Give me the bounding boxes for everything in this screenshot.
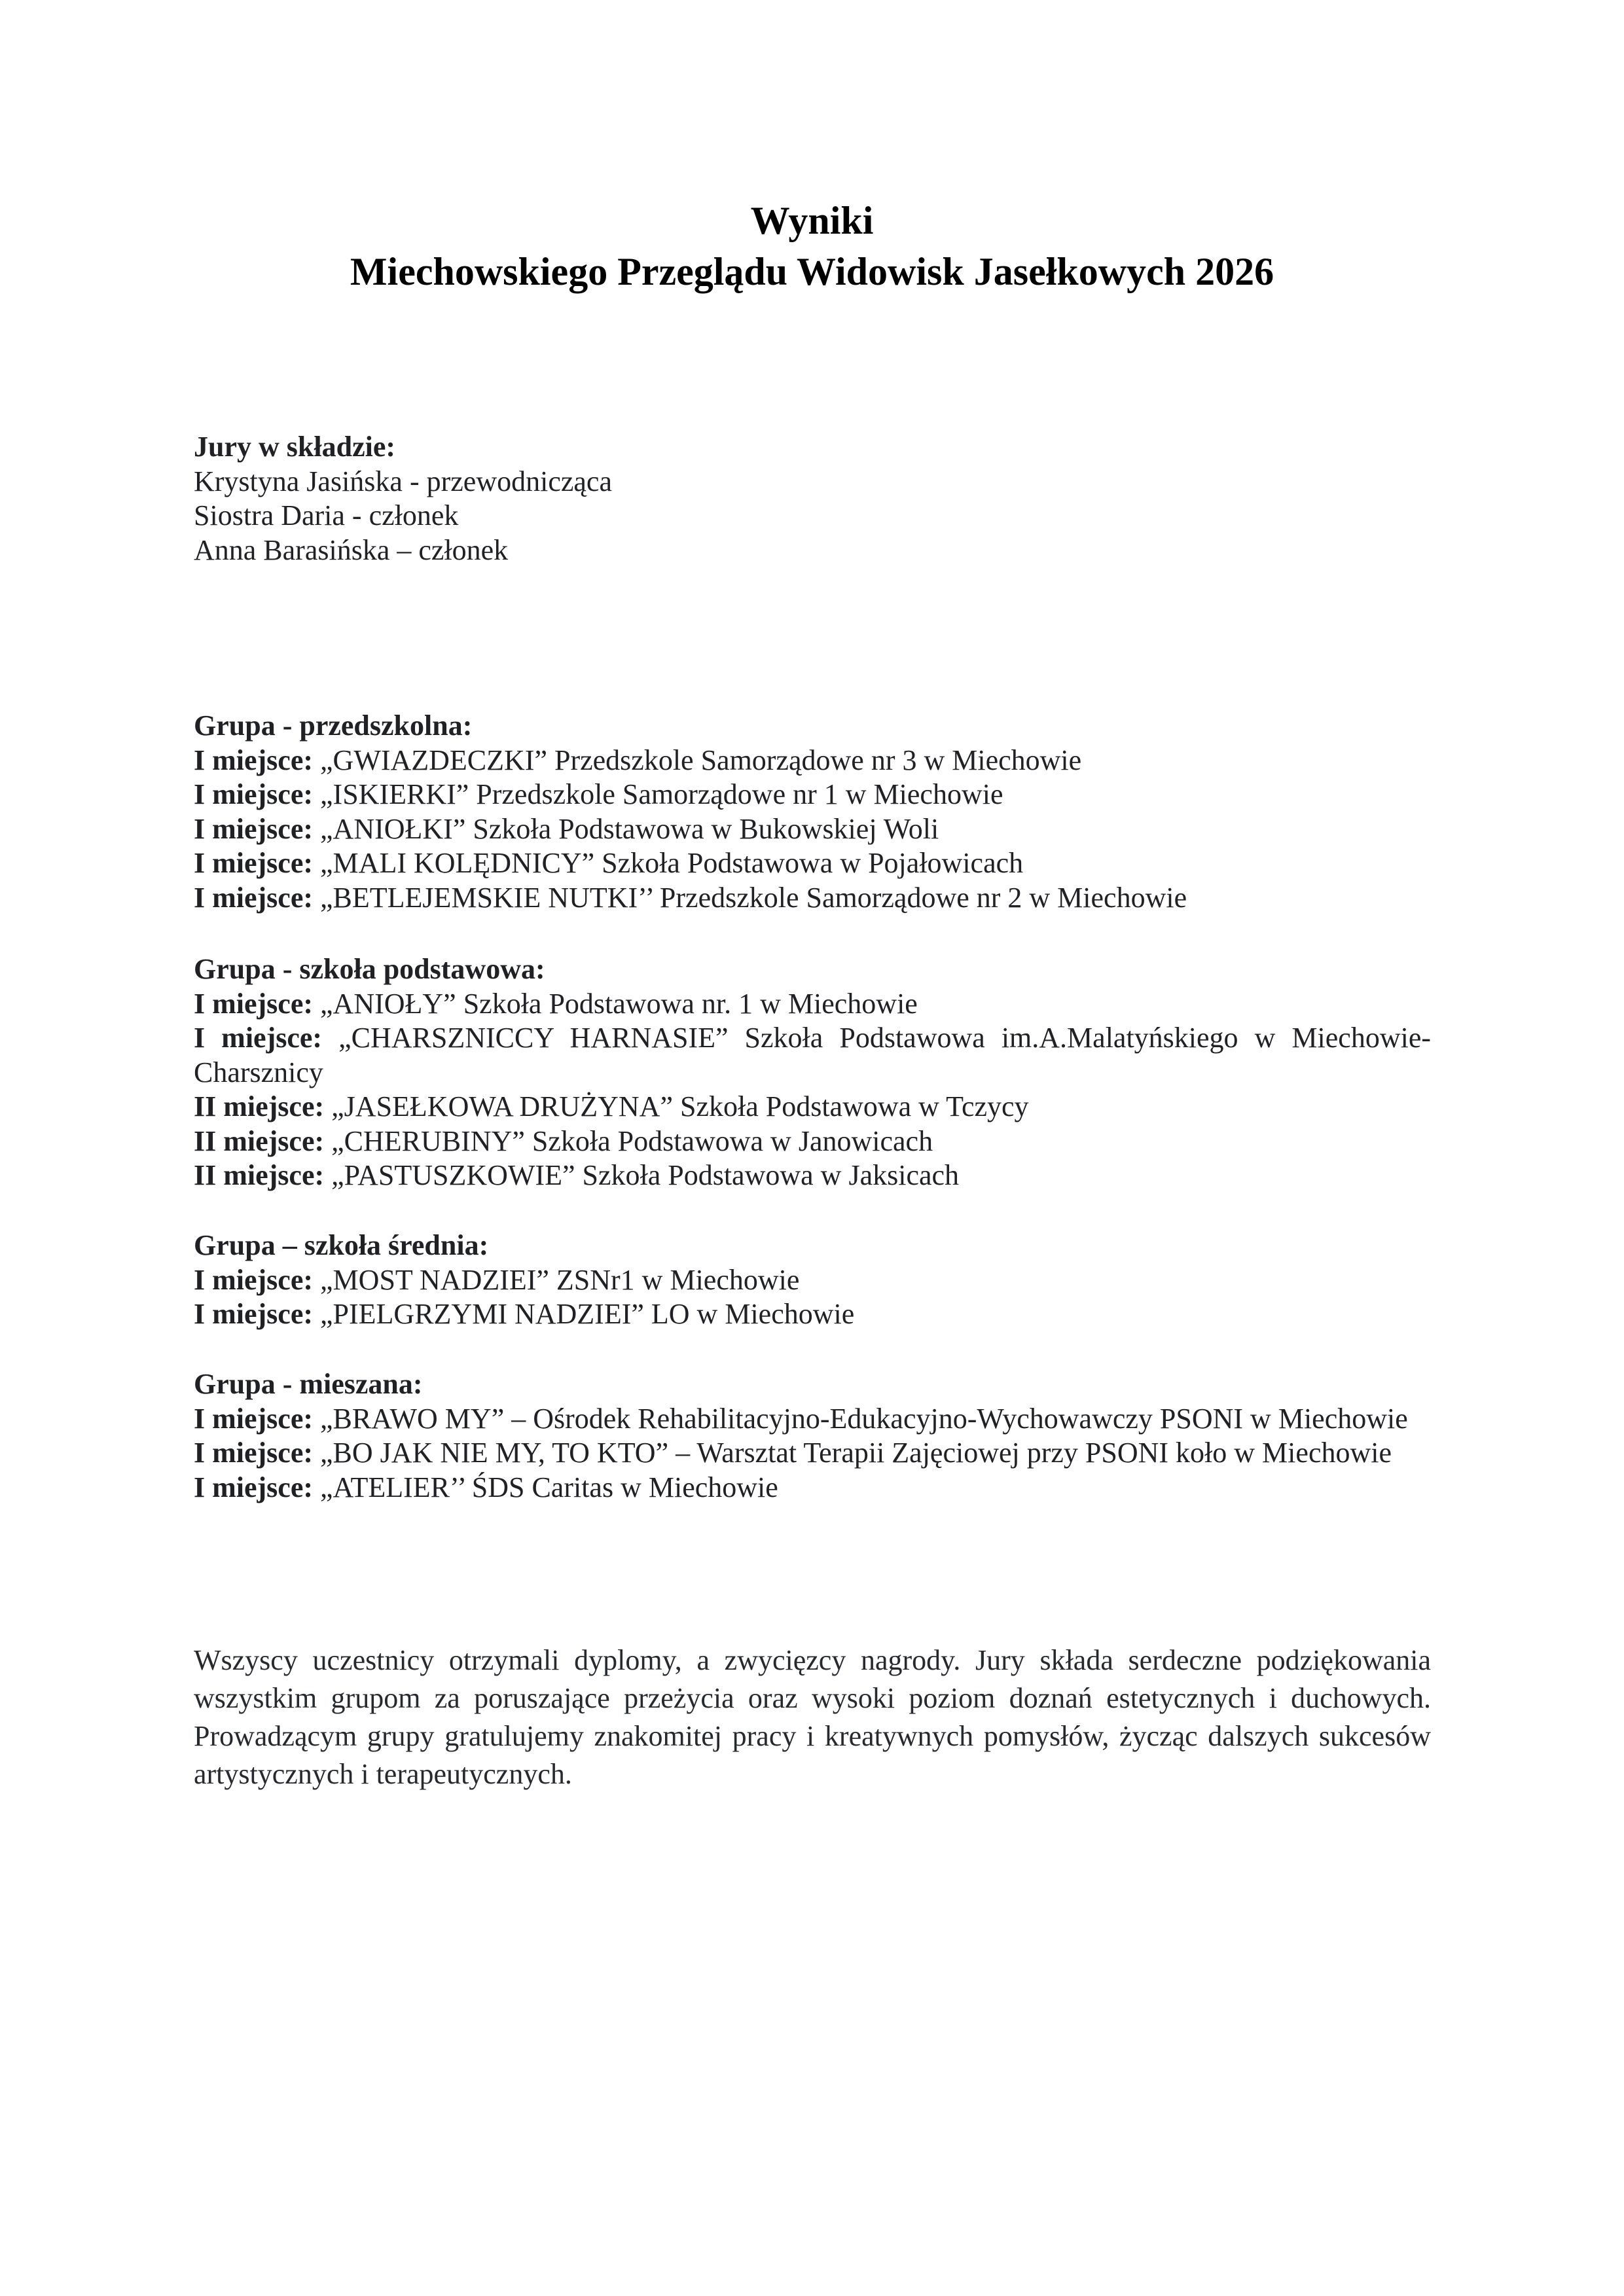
place-label: II miejsce: — [194, 1090, 324, 1122]
place-label: I miejsce: — [194, 1298, 313, 1330]
result-entry: I miejsce: „ANIOŁKI” Szkoła Podstawowa w… — [194, 812, 1431, 847]
jury-member: Siostra Daria - członek — [194, 499, 1431, 533]
result-entry: I miejsce: „BETLEJEMSKIE NUTKI’’ Przedsz… — [194, 881, 1431, 916]
entry-text: „MOST NADZIEI” ZSNr1 w Miechowie — [313, 1264, 799, 1296]
document-subtitle: Miechowskiego Przeglądu Widowisk Jasełko… — [0, 245, 1624, 298]
jury-heading: Jury w składzie: — [194, 430, 1431, 465]
result-entry: I miejsce: „ANIOŁY” Szkoła Podstawowa nr… — [194, 987, 1431, 1022]
entry-text: „GWIAZDECZKI” Przedszkole Samorządowe nr… — [313, 744, 1081, 776]
group-heading: Grupa - przedszkolna: — [194, 709, 1431, 744]
result-entry: I miejsce: „MALI KOLĘDNICY” Szkoła Podst… — [194, 846, 1431, 881]
entry-text: „PASTUSZKOWIE” Szkoła Podstawowa w Jaksi… — [324, 1159, 959, 1191]
jury-member: Anna Barasińska – członek — [194, 533, 1431, 568]
entry-text: „BETLEJEMSKIE NUTKI’’ Przedszkole Samorz… — [313, 882, 1187, 914]
document-title: Wyniki — [0, 194, 1624, 247]
entry-text: „MALI KOLĘDNICY” Szkoła Podstawowa w Poj… — [313, 847, 1023, 879]
result-entry: I miejsce: „PIELGRZYMI NADZIEI” LO w Mie… — [194, 1297, 1431, 1332]
entry-text: „BRAWO MY” – Ośrodek Rehabilitacyjno-Edu… — [313, 1403, 1408, 1435]
jury-section: Jury w składzie: Krystyna Jasińska - prz… — [194, 430, 1431, 567]
result-entry: II miejsce: „CHERUBINY” Szkoła Podstawow… — [194, 1124, 1431, 1159]
place-label: I miejsce: — [194, 1471, 313, 1503]
document-page: Wyniki Miechowskiego Przeglądu Widowisk … — [0, 0, 1624, 2296]
place-label: I miejsce: — [194, 813, 313, 845]
group-preschool: Grupa - przedszkolna: I miejsce: „GWIAZD… — [194, 709, 1431, 915]
place-label: I miejsce: — [194, 1403, 313, 1435]
entry-text: „CHERUBINY” Szkoła Podstawowa w Janowica… — [324, 1125, 933, 1157]
result-entry: II miejsce: „JASEŁKOWA DRUŻYNA” Szkoła P… — [194, 1090, 1431, 1124]
group-mixed: Grupa - mieszana: I miejsce: „BRAWO MY” … — [194, 1367, 1431, 1505]
place-label: I miejsce: — [194, 1022, 322, 1054]
group-heading: Grupa - szkoła podstawowa: — [194, 952, 1431, 987]
place-label: I miejsce: — [194, 1264, 313, 1296]
closing-paragraph: Wszyscy uczestnicy otrzymali dyplomy, a … — [194, 1641, 1431, 1793]
place-label: II miejsce: — [194, 1125, 324, 1157]
jury-member: Krystyna Jasińska - przewodnicząca — [194, 465, 1431, 499]
place-label: I miejsce: — [194, 847, 313, 879]
group-primary-school: Grupa - szkoła podstawowa: I miejsce: „A… — [194, 952, 1431, 1193]
place-label: I miejsce: — [194, 778, 313, 810]
entry-text: „JASEŁKOWA DRUŻYNA” Szkoła Podstawowa w … — [324, 1090, 1028, 1122]
result-entry: I miejsce: „GWIAZDECZKI” Przedszkole Sam… — [194, 744, 1431, 778]
entry-text: „PIELGRZYMI NADZIEI” LO w Miechowie — [313, 1298, 854, 1330]
entry-text: „ANIOŁKI” Szkoła Podstawowa w Bukowskiej… — [313, 813, 939, 845]
place-label: I miejsce: — [194, 988, 313, 1020]
result-entry: I miejsce: „CHARSZNICCY HARNASIE” Szkoła… — [194, 1021, 1431, 1090]
entry-text: „ATELIER’’ ŚDS Caritas w Miechowie — [313, 1471, 778, 1503]
entry-text: „BO JAK NIE MY, TO KTO” – Warsztat Terap… — [313, 1437, 1392, 1469]
place-label: II miejsce: — [194, 1159, 324, 1191]
result-entry: II miejsce: „PASTUSZKOWIE” Szkoła Podsta… — [194, 1158, 1431, 1193]
entry-text: „ANIOŁY” Szkoła Podstawowa nr. 1 w Miech… — [313, 988, 918, 1020]
result-entry: I miejsce: „BO JAK NIE MY, TO KTO” – War… — [194, 1436, 1431, 1471]
result-entry: I miejsce: „ISKIERKI” Przedszkole Samorz… — [194, 778, 1431, 812]
entry-text: „CHARSZNICCY HARNASIE” Szkoła Podstawowa… — [194, 1022, 1431, 1088]
place-label: I miejsce: — [194, 1437, 313, 1469]
result-entry: I miejsce: „ATELIER’’ ŚDS Caritas w Miec… — [194, 1471, 1431, 1505]
place-label: I miejsce: — [194, 882, 313, 914]
result-entry: I miejsce: „BRAWO MY” – Ośrodek Rehabili… — [194, 1402, 1431, 1437]
group-secondary-school: Grupa – szkoła średnia: I miejsce: „MOST… — [194, 1229, 1431, 1332]
entry-text: „ISKIERKI” Przedszkole Samorządowe nr 1 … — [313, 778, 1003, 810]
group-heading: Grupa – szkoła średnia: — [194, 1229, 1431, 1263]
place-label: I miejsce: — [194, 744, 313, 776]
result-entry: I miejsce: „MOST NADZIEI” ZSNr1 w Miecho… — [194, 1263, 1431, 1298]
group-heading: Grupa - mieszana: — [194, 1367, 1431, 1402]
